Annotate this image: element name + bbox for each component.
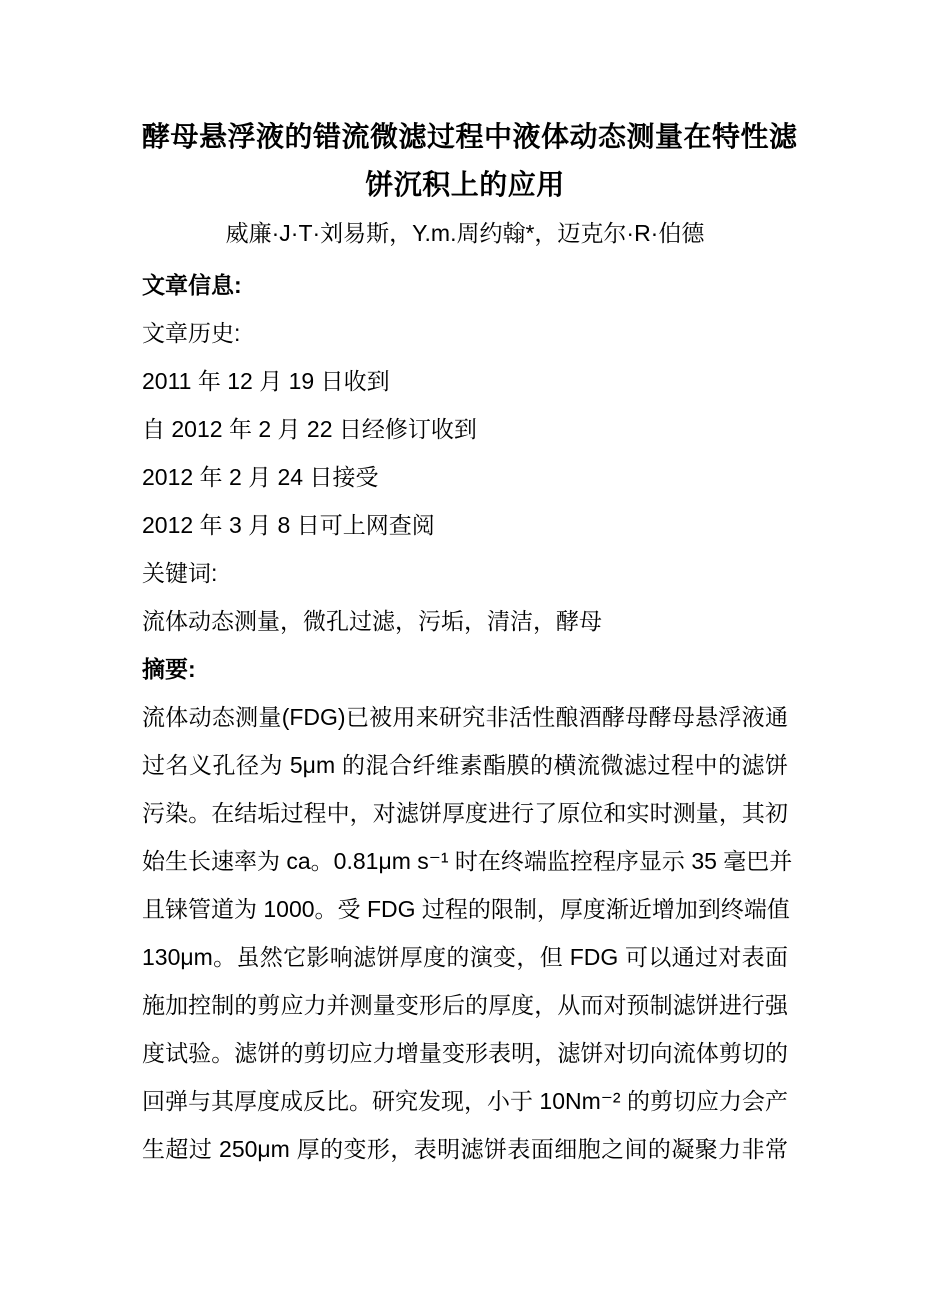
abstract-line: 且铼管道为 1000。受 FDG 过程的限制，厚度渐近增加到终端值	[142, 885, 788, 933]
document-page: 酵母悬浮液的错流微滤过程中液体动态测量在特性滤 饼沉积上的应用 威廉·J·T·刘…	[0, 0, 926, 1309]
keywords-text: 流体动态测量，微孔过滤，污垢，清洁，酵母	[142, 597, 788, 645]
abstract-line: 度试验。滤饼的剪切应力增量变形表明，滤饼对切向流体剪切的	[142, 1029, 788, 1077]
abstract-line: 生超过 250μm 厚的变形，表明滤饼表面细胞之间的凝聚力非常	[142, 1125, 788, 1173]
history-revised-date: 自 2012 年 2 月 22 日经修订收到	[142, 405, 788, 453]
abstract-line: 回弹与其厚度成反比。研究发现，小于 10Nm⁻² 的剪切应力会产	[142, 1077, 788, 1125]
keywords-label: 关键词:	[142, 549, 788, 597]
paper-title-line-1: 酵母悬浮液的错流微滤过程中液体动态测量在特性滤	[142, 113, 788, 161]
abstract-text: 流体动态测量(FDG)已被用来研究非活性酿酒酵母酵母悬浮液通 过名义孔径为 5μ…	[142, 693, 788, 1173]
abstract-line: 130μm。虽然它影响滤饼厚度的演变，但 FDG 可以通过对表面	[142, 933, 788, 981]
article-info-section: 文章信息: 文章历史: 2011 年 12 月 19 日收到 自 2012 年 …	[142, 261, 788, 693]
article-history-label: 文章历史:	[142, 309, 788, 357]
paper-title-line-2: 饼沉积上的应用	[142, 161, 788, 209]
history-received-date: 2011 年 12 月 19 日收到	[142, 357, 788, 405]
abstract-line: 污染。在结垢过程中，对滤饼厚度进行了原位和实时测量，其初	[142, 789, 788, 837]
abstract-line: 过名义孔径为 5μm 的混合纤维素酯膜的横流微滤过程中的滤饼	[142, 741, 788, 789]
abstract-line: 始生长速率为 ca。0.81μm s⁻¹ 时在终端监控程序显示 35 毫巴并	[142, 837, 788, 885]
abstract-label: 摘要:	[142, 645, 788, 693]
abstract-line: 施加控制的剪应力并测量变形后的厚度，从而对预制滤饼进行强	[142, 981, 788, 1029]
paper-title: 酵母悬浮液的错流微滤过程中液体动态测量在特性滤 饼沉积上的应用	[142, 113, 788, 209]
history-online-date: 2012 年 3 月 8 日可上网查阅	[142, 501, 788, 549]
authors-line: 威廉·J·T·刘易斯，Y.m.周约翰*，迈克尔·R·伯德	[142, 209, 788, 257]
history-accepted-date: 2012 年 2 月 24 日接受	[142, 453, 788, 501]
article-info-label: 文章信息:	[142, 261, 788, 309]
abstract-line: 流体动态测量(FDG)已被用来研究非活性酿酒酵母酵母悬浮液通	[142, 693, 788, 741]
